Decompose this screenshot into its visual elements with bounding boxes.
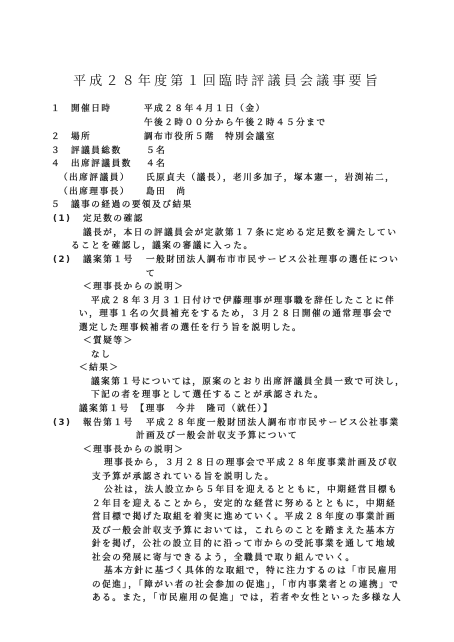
text-line: 社会の発展に寄与できるよう，全職員で取り組んでいく。 [92, 553, 356, 564]
text-line: なし [91, 350, 111, 361]
text-line: ５名 [146, 146, 166, 157]
text-line: ＜結果＞ [79, 363, 120, 374]
text-line: ることを確認し，議案の審議に入った。 [71, 241, 254, 252]
text-line: 定足数の確認 [83, 214, 144, 225]
text-line: （出席評議員） [59, 173, 130, 184]
text-line: (3) [53, 418, 72, 429]
text-line: ＜理事長からの説明＞ [83, 282, 184, 293]
text-line: 場所 [71, 132, 91, 143]
text-line: 議事の経過の要領及び結果 [71, 200, 193, 211]
text-line: 議長が，本日の評議員会が定款第１７条に定める定足数を満たしてい [83, 228, 397, 239]
text-line: 計画及び一般会計収支予算について [136, 431, 298, 442]
document-title: 平成２８年度第１回臨時評議員会議事要旨 [0, 70, 454, 89]
text-line: 営目標で掲げた取組を着実に進めていく。平成２８年度の事業計画 [92, 512, 396, 523]
text-line: ２年目を迎えることから，安定的な経営に努めるとともに，中期経 [92, 499, 396, 510]
text-line: 針を掲げ，公社の設立目的に沿って市からの受託事業を通して地域 [92, 539, 396, 550]
text-line: 支予算が承認されている旨を説明した。 [92, 472, 275, 483]
document-page: 平成２８年度第１回臨時評議員会議事要旨 １開催日時平成２８年４月１日（金）午後２… [0, 0, 454, 642]
text-line: ３ [51, 146, 61, 157]
text-line: 平成２８年度一般財団法人調布市市民サービス公社事業 [146, 418, 400, 429]
text-line: 平成２８年４月１日（金） [144, 104, 266, 115]
text-line: (2) [53, 255, 72, 266]
text-line: 報告第１号 [83, 418, 134, 429]
text-line: て [146, 269, 156, 280]
text-line: ４ [51, 159, 61, 170]
text-line: 公社は，法人設立から５年目を迎えるとともに，中期経営目標も [104, 485, 398, 496]
text-line: 及び一般会計収支予算においては，これらのことを踏まえた基本方 [92, 526, 396, 537]
text-line: ある。また，「市民雇用の促進」では，若者や女性といった多様な人 [92, 593, 402, 604]
text-line: ＜理事長からの説明＞ [83, 445, 184, 456]
text-line: ４名 [146, 159, 166, 170]
text-line: （出席理事長） [59, 187, 130, 198]
text-line: 出席評議員数 [71, 159, 132, 170]
text-line: 開催日時 [71, 104, 112, 115]
text-line: 議案第１号については，原案のとおり出席評議員全員一致で可決し， [91, 377, 405, 388]
text-line: 調布市役所５階 特別会議室 [144, 132, 276, 143]
text-line: ＜質疑等＞ [83, 336, 134, 347]
text-line: い，理事１名の欠員補充をするため，３月２８日開催の通常理事会で [79, 309, 393, 320]
text-line: 島田 尚 [146, 187, 187, 198]
text-line: 平成２８年３月３１日付けで伊藤理事が理事職を辞任したことに伴 [91, 296, 395, 307]
text-line: 議案第１号 [83, 255, 134, 266]
text-line: ２ [51, 132, 61, 143]
text-line: １ [51, 104, 61, 115]
text-line: 下記の者を理事として選任することが承認された。 [91, 390, 324, 401]
text-line: 議案第１号 【理事 今井 隆司（就任）】 [79, 404, 273, 415]
text-line: ５ [51, 200, 61, 211]
text-line: (1) [53, 214, 72, 225]
text-line: 午後２時００分から午後２時４５分まで [144, 118, 327, 129]
text-line: 選定した理事候補者の選任を行う旨を説明した。 [79, 323, 302, 334]
text-line: 理事長から，３月２８日の理事会で平成２８年度事業計画及び収 [104, 458, 398, 469]
text-line: 一般財団法人調布市市民サービス公社理事の選任につい [146, 255, 399, 266]
text-line: 基本方針に基づく具体的な取組で，特に注力するのは「市民雇用 [104, 566, 398, 577]
text-line: 氏原貞夫（議長），老川多加子，塚本憲一，岩渕祐二， [146, 173, 395, 184]
text-line: 評議員総数 [71, 146, 122, 157]
text-line: の促進」，「障がい者の社会参加の促進」，「市内事業者との連携」で [92, 580, 399, 591]
